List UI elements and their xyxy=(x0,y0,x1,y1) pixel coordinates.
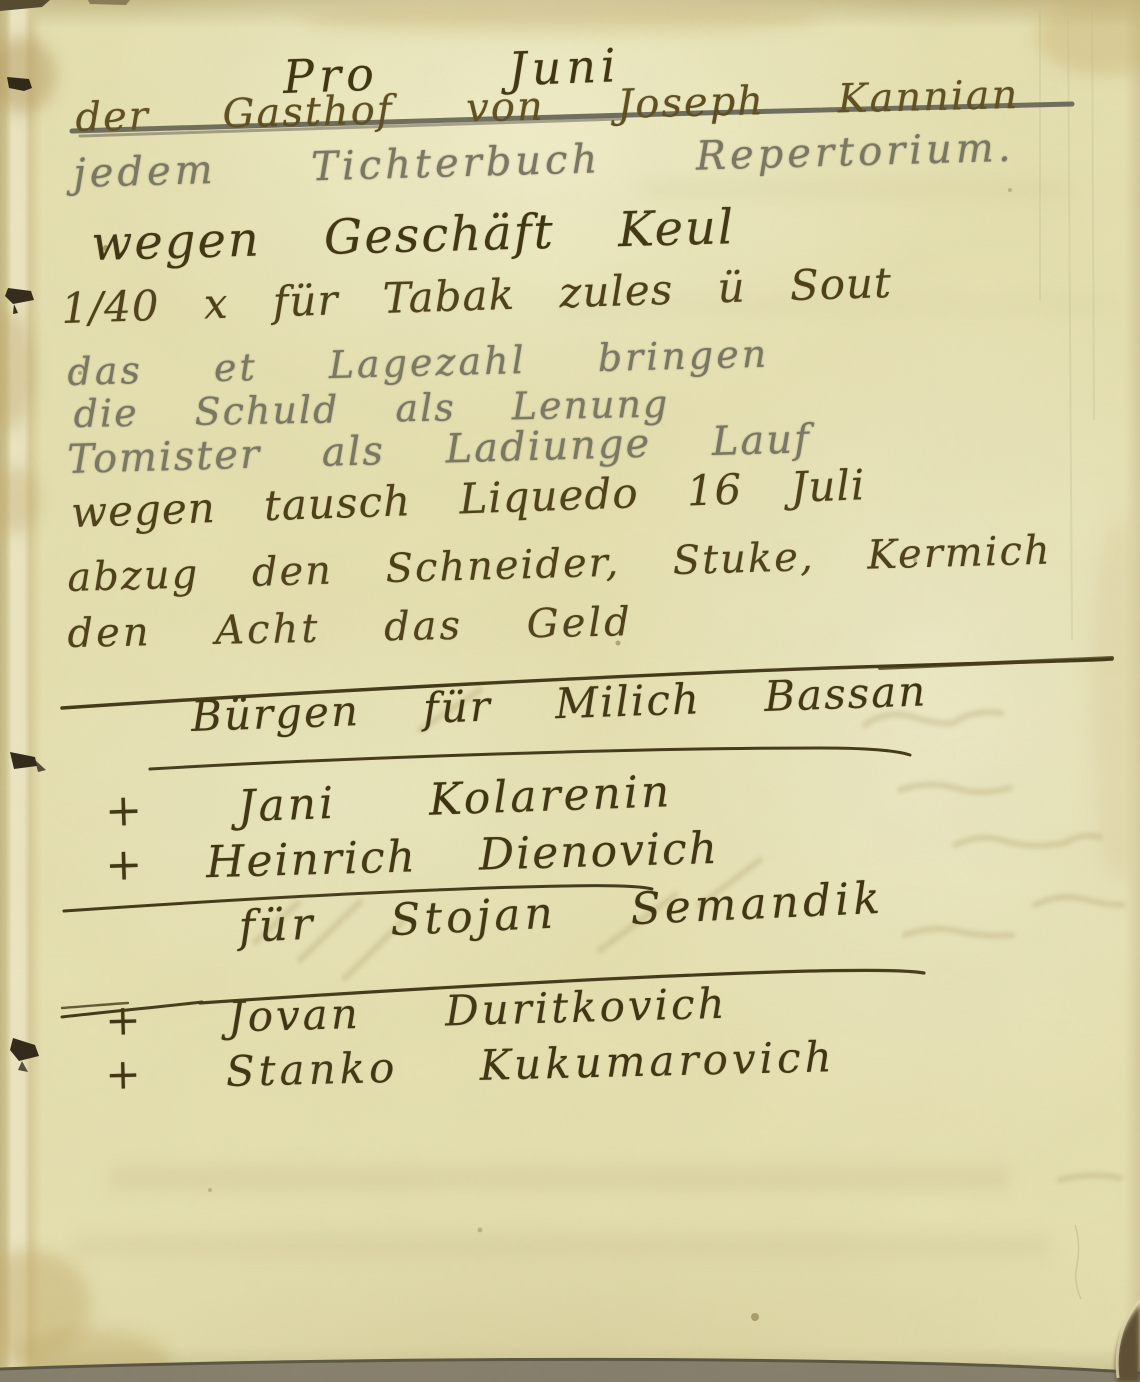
page-bottom-edge-line xyxy=(0,1359,1140,1373)
section-heading: für Stojan Semandik xyxy=(238,875,885,953)
top-edge-mark xyxy=(0,0,50,11)
entry-line: + Heinrich Dienovich xyxy=(105,825,720,891)
binding-stitch xyxy=(5,77,46,1072)
top-edge-mark xyxy=(88,0,130,5)
manuscript-page: Pro Juni der Gasthof von Joseph Kannian … xyxy=(0,0,1140,1382)
paper-crack xyxy=(1075,1225,1081,1299)
handwritten-line: abzug den Schneider, Stuke, Kermich xyxy=(67,529,1053,600)
corner-curl-highlight xyxy=(1117,1300,1140,1378)
entry-line: + Stanko Kukumarovich xyxy=(105,1034,836,1098)
corner-curl xyxy=(1116,1305,1140,1382)
section-heading: Bürgen für Milich Bassan xyxy=(190,668,928,740)
heading-underline xyxy=(150,748,910,769)
entry-line: + Jovan Duritkovich xyxy=(105,981,728,1045)
handwritten-line: wegen Geschäft Keul xyxy=(91,201,736,271)
handwritten-line: den Acht das Geld xyxy=(67,600,633,656)
page-bottom-edge xyxy=(0,1359,1140,1382)
handwritten-line: 1/40 x für Tabak zules ü Sout xyxy=(61,260,893,332)
